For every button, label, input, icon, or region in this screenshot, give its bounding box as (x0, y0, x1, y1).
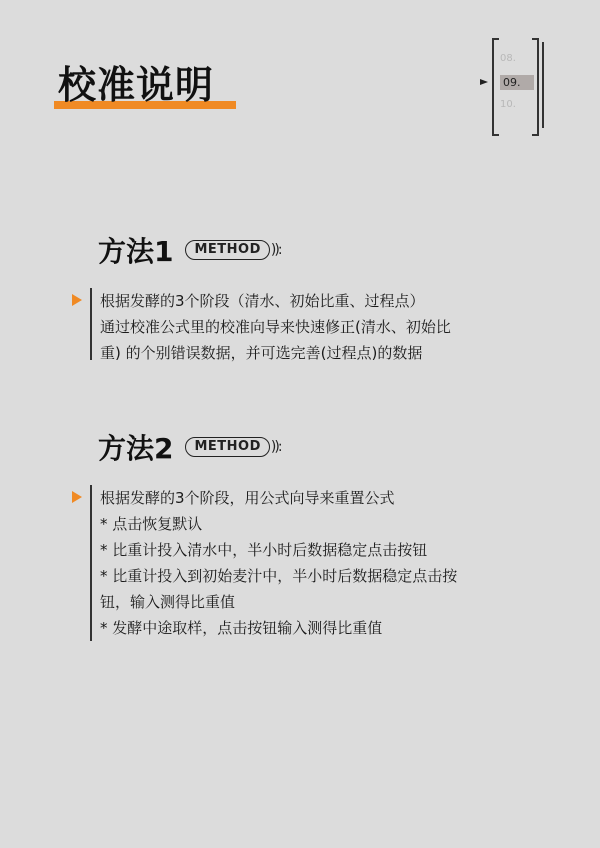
method-2-heading: 方法2 METHOD )): (98, 427, 281, 467)
page-title: 校准说明 (58, 62, 214, 108)
text-line: 通过校准公式里的校准向导来快速修正(清水、初始比 (100, 314, 520, 340)
bracket-left (492, 38, 499, 136)
text-line: 重) 的个别错误数据，并可选完善(过程点)的数据 (100, 340, 520, 366)
method-1-heading: 方法1 METHOD )): (98, 230, 281, 270)
page-indicator: 08. 09. 10. (480, 36, 550, 136)
divider-line (542, 42, 544, 128)
page-current: 09. (500, 75, 534, 90)
text-line: 钮，输入测得比重值 (100, 589, 520, 615)
arc-decoration-icon: )): (271, 242, 281, 258)
text-line: * 比重计投入清水中，半小时后数据稳定点击按钮 (100, 537, 520, 563)
method-badge: METHOD )): (185, 240, 280, 260)
text-line: * 发酵中途取样，点击按钮输入测得比重值 (100, 615, 520, 641)
text-line: * 比重计投入到初始麦汁中，半小时后数据稳定点击按 (100, 563, 520, 589)
play-triangle-icon (72, 294, 82, 306)
vertical-bar (90, 485, 92, 641)
text-line: 根据发酵的3个阶段（清水、初始比重、过程点） (100, 288, 520, 314)
method-badge: METHOD )): (185, 437, 280, 457)
method-2-title: 方法2 (98, 427, 173, 467)
method-1-title: 方法1 (98, 230, 173, 270)
vertical-bar (90, 288, 92, 360)
pointer-arrow-icon (480, 79, 488, 85)
page-next: 10. (500, 99, 516, 110)
text-line: 根据发酵的3个阶段，用公式向导来重置公式 (100, 485, 520, 511)
play-triangle-icon (72, 491, 82, 503)
page-prev: 08. (500, 53, 516, 64)
arc-decoration-icon: )): (271, 439, 281, 455)
text-line: * 点击恢复默认 (100, 511, 520, 537)
